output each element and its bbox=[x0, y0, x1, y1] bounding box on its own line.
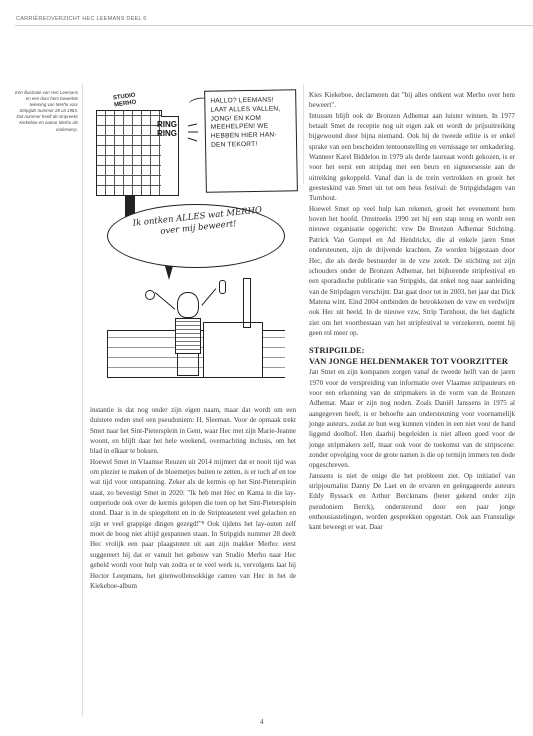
page-number: 4 bbox=[260, 718, 264, 726]
character-hand-right bbox=[219, 280, 226, 294]
character-head bbox=[177, 292, 199, 318]
paragraph: Intussen blijft ook de Bronzen Adhemar a… bbox=[309, 111, 515, 204]
left-column-text: instantie is dat nog onder zijn eigen na… bbox=[90, 405, 296, 591]
comic-panel-phone-call: STUDIO MERHO RING RING HALLO? LEEMANS! L… bbox=[93, 86, 299, 200]
section-heading: STRIPGILDE: VAN JONGE HELDENMAKER TOT VO… bbox=[309, 346, 515, 367]
speech-bubble-phone: HALLO? LEEMANS! LAAT ALLES VALLEN, JONG!… bbox=[204, 89, 298, 193]
paragraph: Hoewel Smet op veel hulp kan rekenen, gr… bbox=[309, 204, 515, 338]
running-header: CARRIÈREOVERZICHT HEC LEEMANS DEEL 6 bbox=[16, 16, 147, 22]
paragraph: Hoewel Smet in Vlaamse Reuzen uit 2014 m… bbox=[90, 457, 296, 591]
ring-sound-effect: RING RING bbox=[157, 120, 187, 138]
character-arm-right bbox=[201, 288, 218, 307]
speech-tail-2 bbox=[165, 266, 173, 280]
paragraph: Kies Kiekeboe, declameren dat "bij alles… bbox=[309, 90, 515, 111]
character-arm-left bbox=[153, 292, 175, 312]
character-legs bbox=[177, 354, 199, 376]
section-heading-line-2: VAN JONGE HELDENMAKER TOT VOORZITTER bbox=[309, 357, 515, 368]
section-heading-line-1: STRIPGILDE: bbox=[309, 346, 515, 357]
paragraph: Janssens is niet de enige die het proble… bbox=[309, 471, 515, 533]
fridge-edge bbox=[243, 278, 251, 328]
caption-divider bbox=[82, 84, 83, 716]
figure-caption: Een illustratie van Hec Leemans en een d… bbox=[14, 90, 78, 133]
cartoon-character bbox=[139, 282, 239, 378]
character-body bbox=[175, 318, 201, 354]
right-column-text: Kies Kiekeboe, declameren dat "bij alles… bbox=[309, 90, 515, 533]
header-rule bbox=[15, 25, 533, 26]
paragraph: Jan Smet en zijn kompanen zorgen vanaf d… bbox=[309, 367, 515, 470]
comic-panel-denial: Ik ontken ALLES wat MERHO over mij bewee… bbox=[93, 204, 299, 380]
studio-building bbox=[96, 110, 162, 196]
ring-lines-icon bbox=[187, 122, 199, 142]
comic-illustration: STUDIO MERHO RING RING HALLO? LEEMANS! L… bbox=[93, 86, 299, 380]
column-divider bbox=[303, 84, 304, 184]
paragraph: instantie is dat nog onder zijn eigen na… bbox=[90, 405, 296, 457]
